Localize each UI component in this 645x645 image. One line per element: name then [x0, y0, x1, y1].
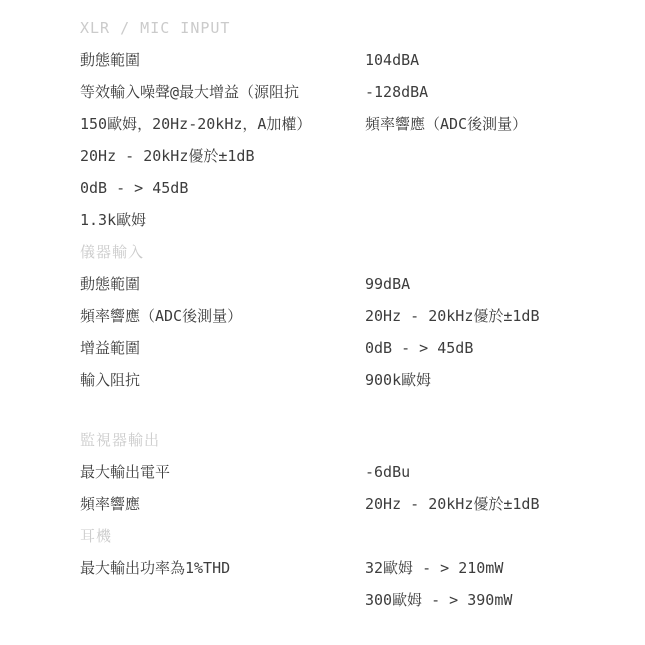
- spec-row: 1.3k歐姆: [80, 204, 645, 236]
- section-title: 耳機: [80, 520, 645, 552]
- spec-label: 輸入阻抗: [80, 364, 365, 396]
- spec-row: 等效輸入噪聲@最大增益（源阻抗 -128dBA: [80, 76, 645, 108]
- spec-row: 動態範圍 104dBA: [80, 44, 645, 76]
- spec-value: 99dBA: [365, 268, 645, 300]
- spec-label: 1.3k歐姆: [80, 204, 365, 236]
- spec-row: 頻率響應 20Hz - 20kHz優於±1dB: [80, 488, 645, 520]
- section-monitor-output: 監視器輸出 最大輸出電平 -6dBu 頻率響應 20Hz - 20kHz優於±1…: [80, 424, 645, 520]
- spec-row: 輸入阻抗 900k歐姆: [80, 364, 645, 396]
- spec-value: 32歐姆 - > 210mW: [365, 552, 645, 584]
- spec-row: 150歐姆，20Hz-20kHz，A加權） 頻率響應（ADC後測量）: [80, 108, 645, 140]
- spec-label: 20Hz - 20kHz優於±1dB: [80, 140, 365, 172]
- spec-label: [80, 584, 365, 616]
- spec-row: 20Hz - 20kHz優於±1dB: [80, 140, 645, 172]
- spec-row: 300歐姆 - > 390mW: [80, 584, 645, 616]
- spec-value: 104dBA: [365, 44, 645, 76]
- section-headphone: 耳機 最大輸出功率為1%THD 32歐姆 - > 210mW 300歐姆 - >…: [80, 520, 645, 616]
- spec-value: 20Hz - 20kHz優於±1dB: [365, 488, 645, 520]
- spec-value: 300歐姆 - > 390mW: [365, 584, 645, 616]
- spec-label: 150歐姆，20Hz-20kHz，A加權）: [80, 108, 365, 140]
- spec-value: 頻率響應（ADC後測量）: [365, 108, 645, 140]
- spec-label: 最大輸出電平: [80, 456, 365, 488]
- spec-label: 動態範圍: [80, 268, 365, 300]
- spec-label: 0dB - > 45dB: [80, 172, 365, 204]
- spec-label: 增益範圍: [80, 332, 365, 364]
- spec-row: 頻率響應（ADC後測量） 20Hz - 20kHz優於±1dB: [80, 300, 645, 332]
- spec-row: 動態範圍 99dBA: [80, 268, 645, 300]
- spec-sheet: XLR / MIC INPUT 動態範圍 104dBA 等效輸入噪聲@最大增益（…: [0, 0, 645, 616]
- spec-label: 頻率響應（ADC後測量）: [80, 300, 365, 332]
- spec-row: 最大輸出電平 -6dBu: [80, 456, 645, 488]
- spec-page: XLR / MIC INPUT 動態範圍 104dBA 等效輸入噪聲@最大增益（…: [0, 0, 645, 645]
- spec-label: 最大輸出功率為1%THD: [80, 552, 365, 584]
- spec-label: 等效輸入噪聲@最大增益（源阻抗: [80, 76, 365, 108]
- spec-value: [365, 140, 645, 172]
- spec-value: -6dBu: [365, 456, 645, 488]
- section-instrument-input: 儀器輸入 動態範圍 99dBA 頻率響應（ADC後測量） 20Hz - 20kH…: [80, 236, 645, 396]
- spec-row: 0dB - > 45dB: [80, 172, 645, 204]
- spec-label: 頻率響應: [80, 488, 365, 520]
- section-title: XLR / MIC INPUT: [80, 12, 645, 44]
- spec-value: 0dB - > 45dB: [365, 332, 645, 364]
- spec-label: 動態範圍: [80, 44, 365, 76]
- section-title: 監視器輸出: [80, 424, 645, 456]
- section-title: 儀器輸入: [80, 236, 645, 268]
- spec-value: -128dBA: [365, 76, 645, 108]
- spec-value: 900k歐姆: [365, 364, 645, 396]
- section-xlr-mic-input: XLR / MIC INPUT 動態範圍 104dBA 等效輸入噪聲@最大增益（…: [80, 12, 645, 236]
- spec-row: 最大輸出功率為1%THD 32歐姆 - > 210mW: [80, 552, 645, 584]
- spec-value: [365, 204, 645, 236]
- spec-value: [365, 172, 645, 204]
- spec-row: 增益範圍 0dB - > 45dB: [80, 332, 645, 364]
- spec-value: 20Hz - 20kHz優於±1dB: [365, 300, 645, 332]
